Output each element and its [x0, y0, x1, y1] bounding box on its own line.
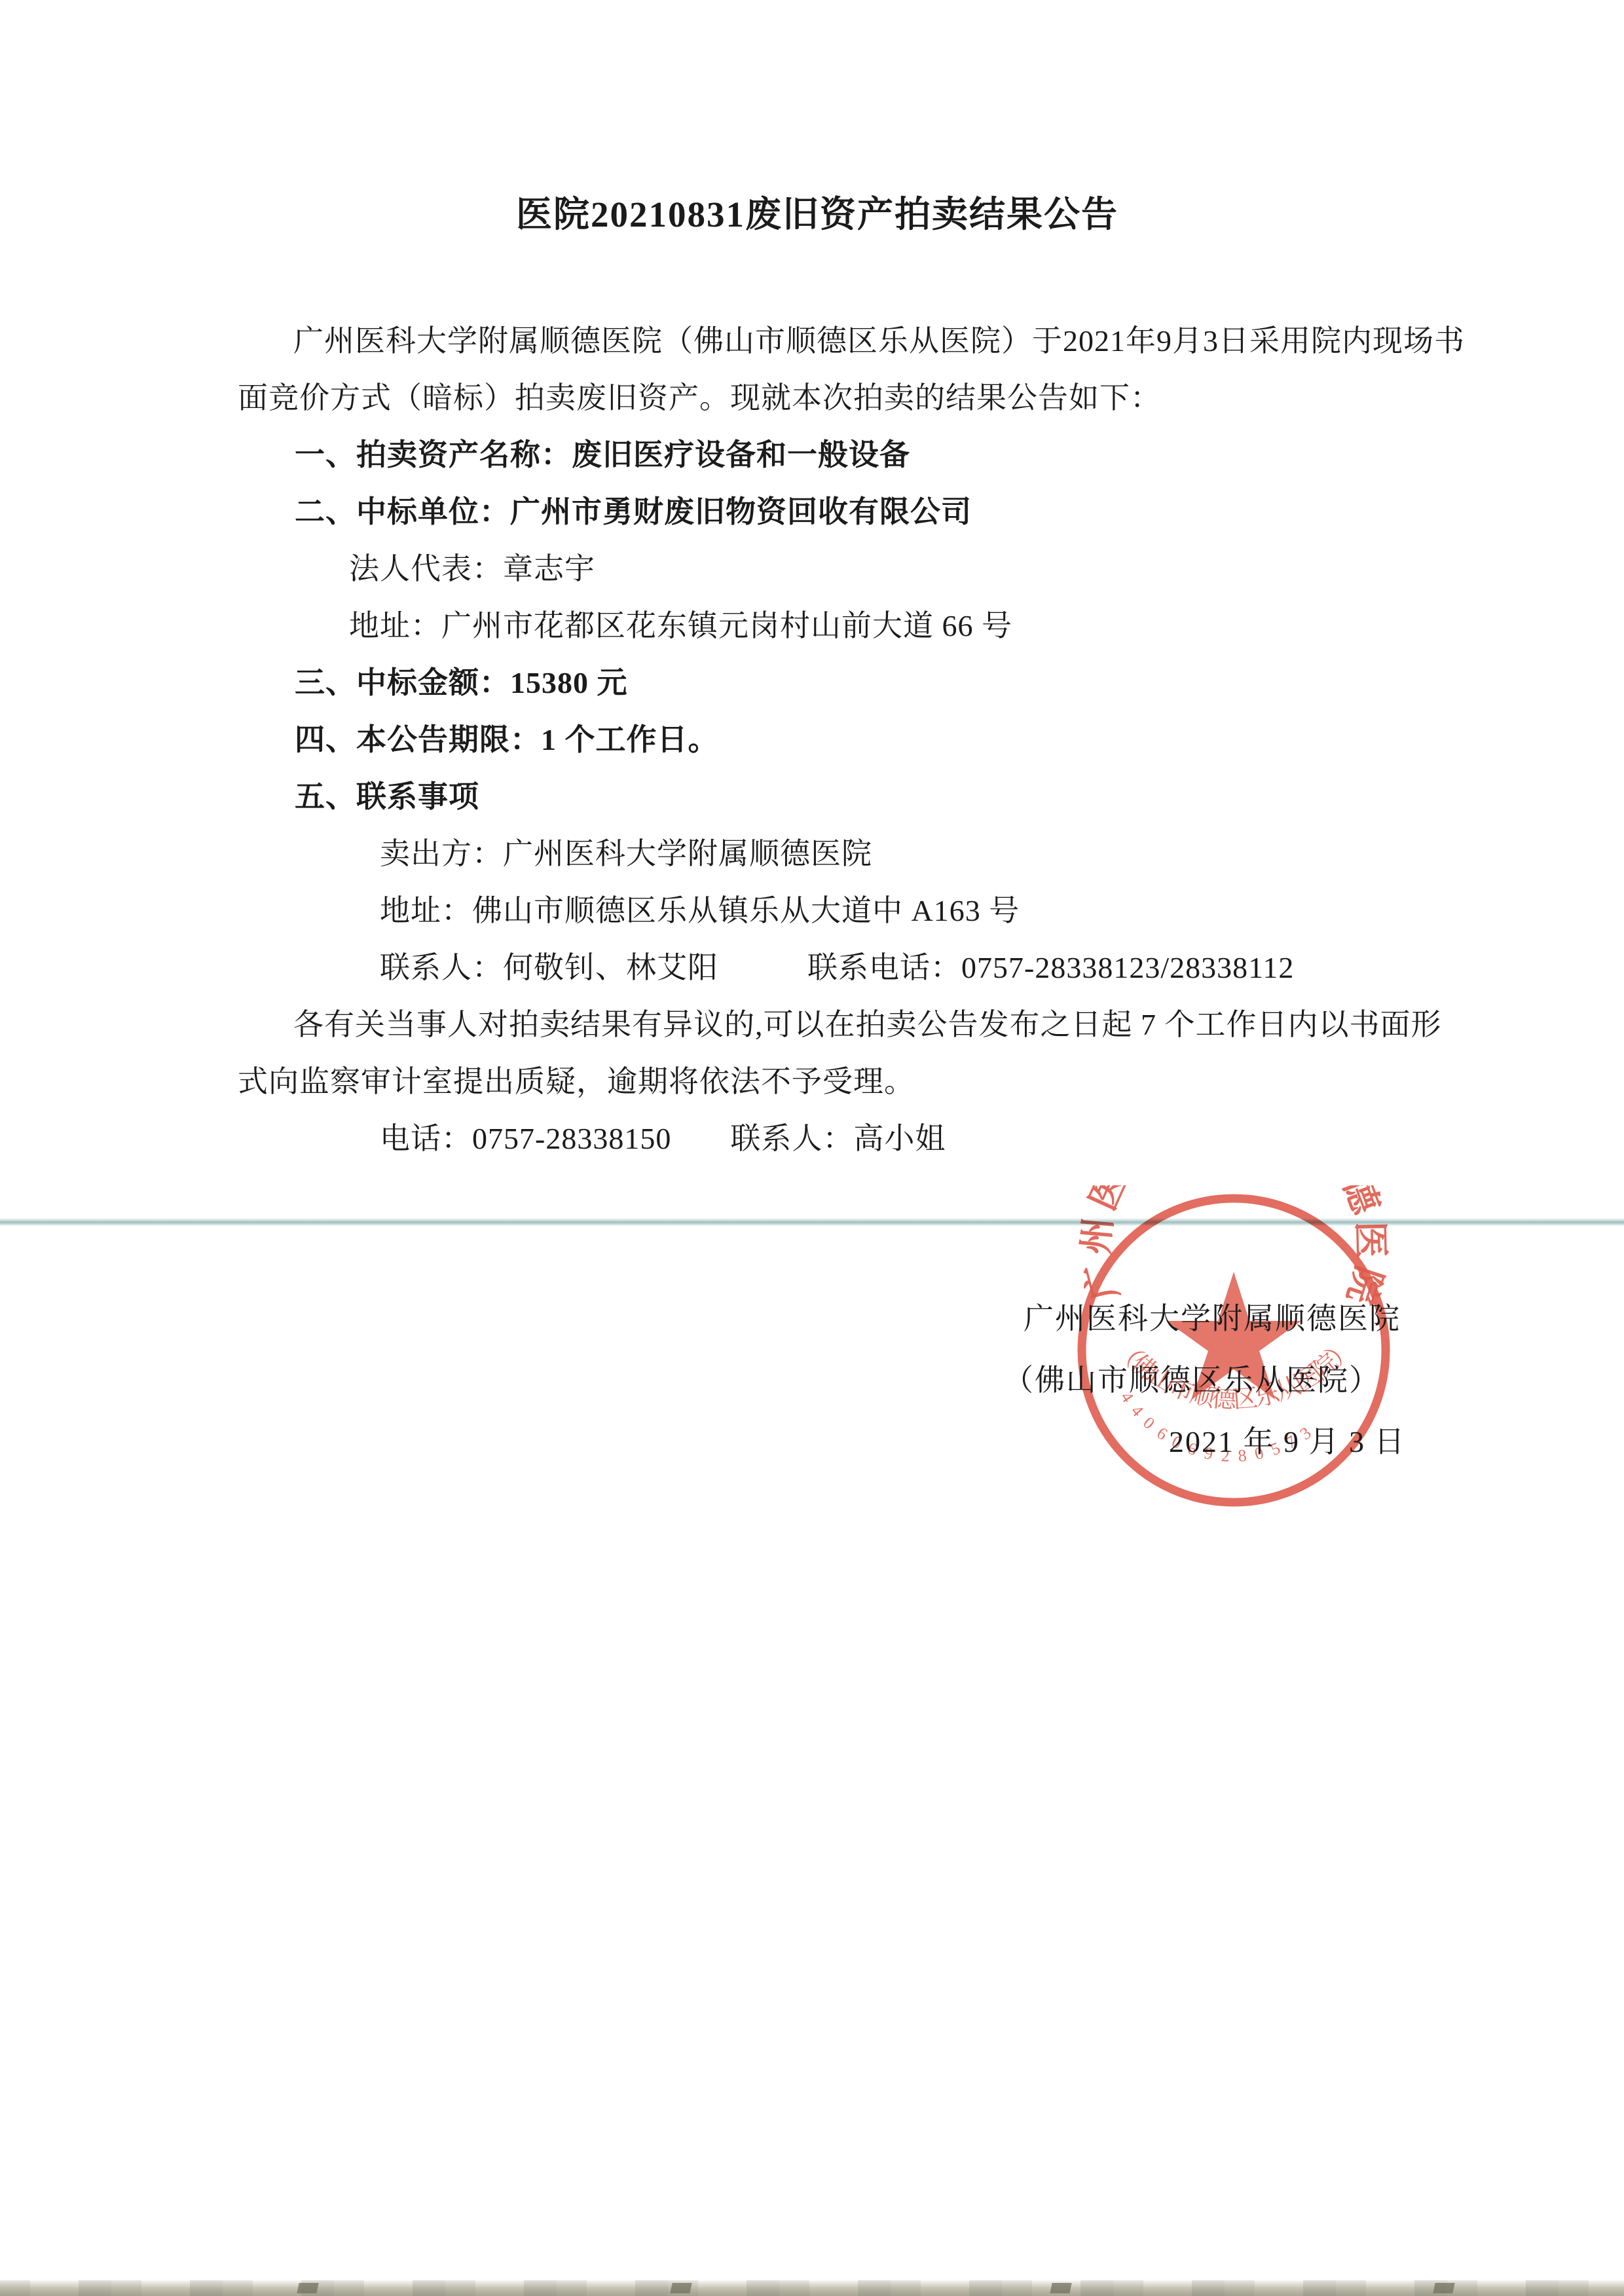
objection-phone: 电话：0757-28338150	[380, 1122, 671, 1155]
signature-hospital-name: 广州医科大学附属顺德医院	[1024, 1295, 1401, 1338]
intro-line-1: 广州医科大学附属顺德医院（佛山市顺德区乐从医院）于2021年9月3日采用院内现场…	[238, 312, 1397, 369]
contact-persons: 联系人：何敬钊、林艾阳	[380, 951, 718, 984]
announcement-body: 广州医科大学附属顺德医院（佛山市顺德区乐从医院）于2021年9月3日采用院内现场…	[238, 312, 1397, 1167]
item-asset-name: 一、拍卖资产名称：废旧医疗设备和一般设备	[238, 426, 1397, 483]
official-red-seal: 广州医科大学附属顺德医院 （佛山市顺德区乐从医院） 4406069280573	[1069, 1185, 1399, 1516]
signature-date: 2021 年 9 月 3 日	[1169, 1418, 1406, 1461]
intro-line-2: 面竞价方式（暗标）拍卖废旧资产。现就本次拍卖的结果公告如下：	[238, 369, 1397, 426]
scan-speck	[297, 2283, 318, 2293]
seller-address: 地址：佛山市顺德区乐从镇乐从大道中 A163 号	[238, 882, 1397, 939]
scan-artifact-strip	[0, 2280, 1624, 2296]
bidder-address: 地址：广州市花都区花东镇元岗村山前大道 66 号	[238, 597, 1397, 654]
seller-contact-line: 联系人：何敬钊、林艾阳联系电话：0757-28338123/28338112	[238, 939, 1397, 996]
seller-name: 卖出方：广州医科大学附属顺德医院	[238, 825, 1397, 882]
item-contact-matters: 五、联系事项	[238, 768, 1397, 825]
objection-contact-line: 电话：0757-28338150联系人：高小姐	[238, 1110, 1397, 1167]
scan-speck	[1433, 2283, 1454, 2293]
scan-speck	[1050, 2283, 1071, 2293]
scanned-announcement-page: 医院20210831废旧资产拍卖结果公告 广州医科大学附属顺德医院（佛山市顺德区…	[0, 0, 1624, 2296]
signature-hospital-alias: （佛山市顺德区乐从医院）	[1003, 1356, 1380, 1399]
item-winning-amount: 三、中标金额：15380 元	[238, 654, 1397, 711]
legal-representative: 法人代表：章志宇	[238, 540, 1397, 597]
objection-line-2: 式向监察审计室提出质疑，逾期将依法不予受理。	[238, 1053, 1397, 1110]
item-winning-bidder: 二、中标单位：广州市勇财废旧物资回收有限公司	[238, 483, 1397, 540]
objection-contact-person: 联系人：高小姐	[730, 1122, 946, 1155]
scan-speck	[670, 2283, 692, 2293]
item-notice-period: 四、本公告期限：1 个工作日。	[238, 711, 1397, 768]
objection-line-1: 各有关当事人对拍卖结果有异议的,可以在拍卖公告发布之日起 7 个工作日内以书面形	[238, 996, 1397, 1053]
page-title: 医院20210831废旧资产拍卖结果公告	[238, 185, 1397, 237]
contact-phones: 联系电话：0757-28338123/28338112	[807, 951, 1294, 984]
